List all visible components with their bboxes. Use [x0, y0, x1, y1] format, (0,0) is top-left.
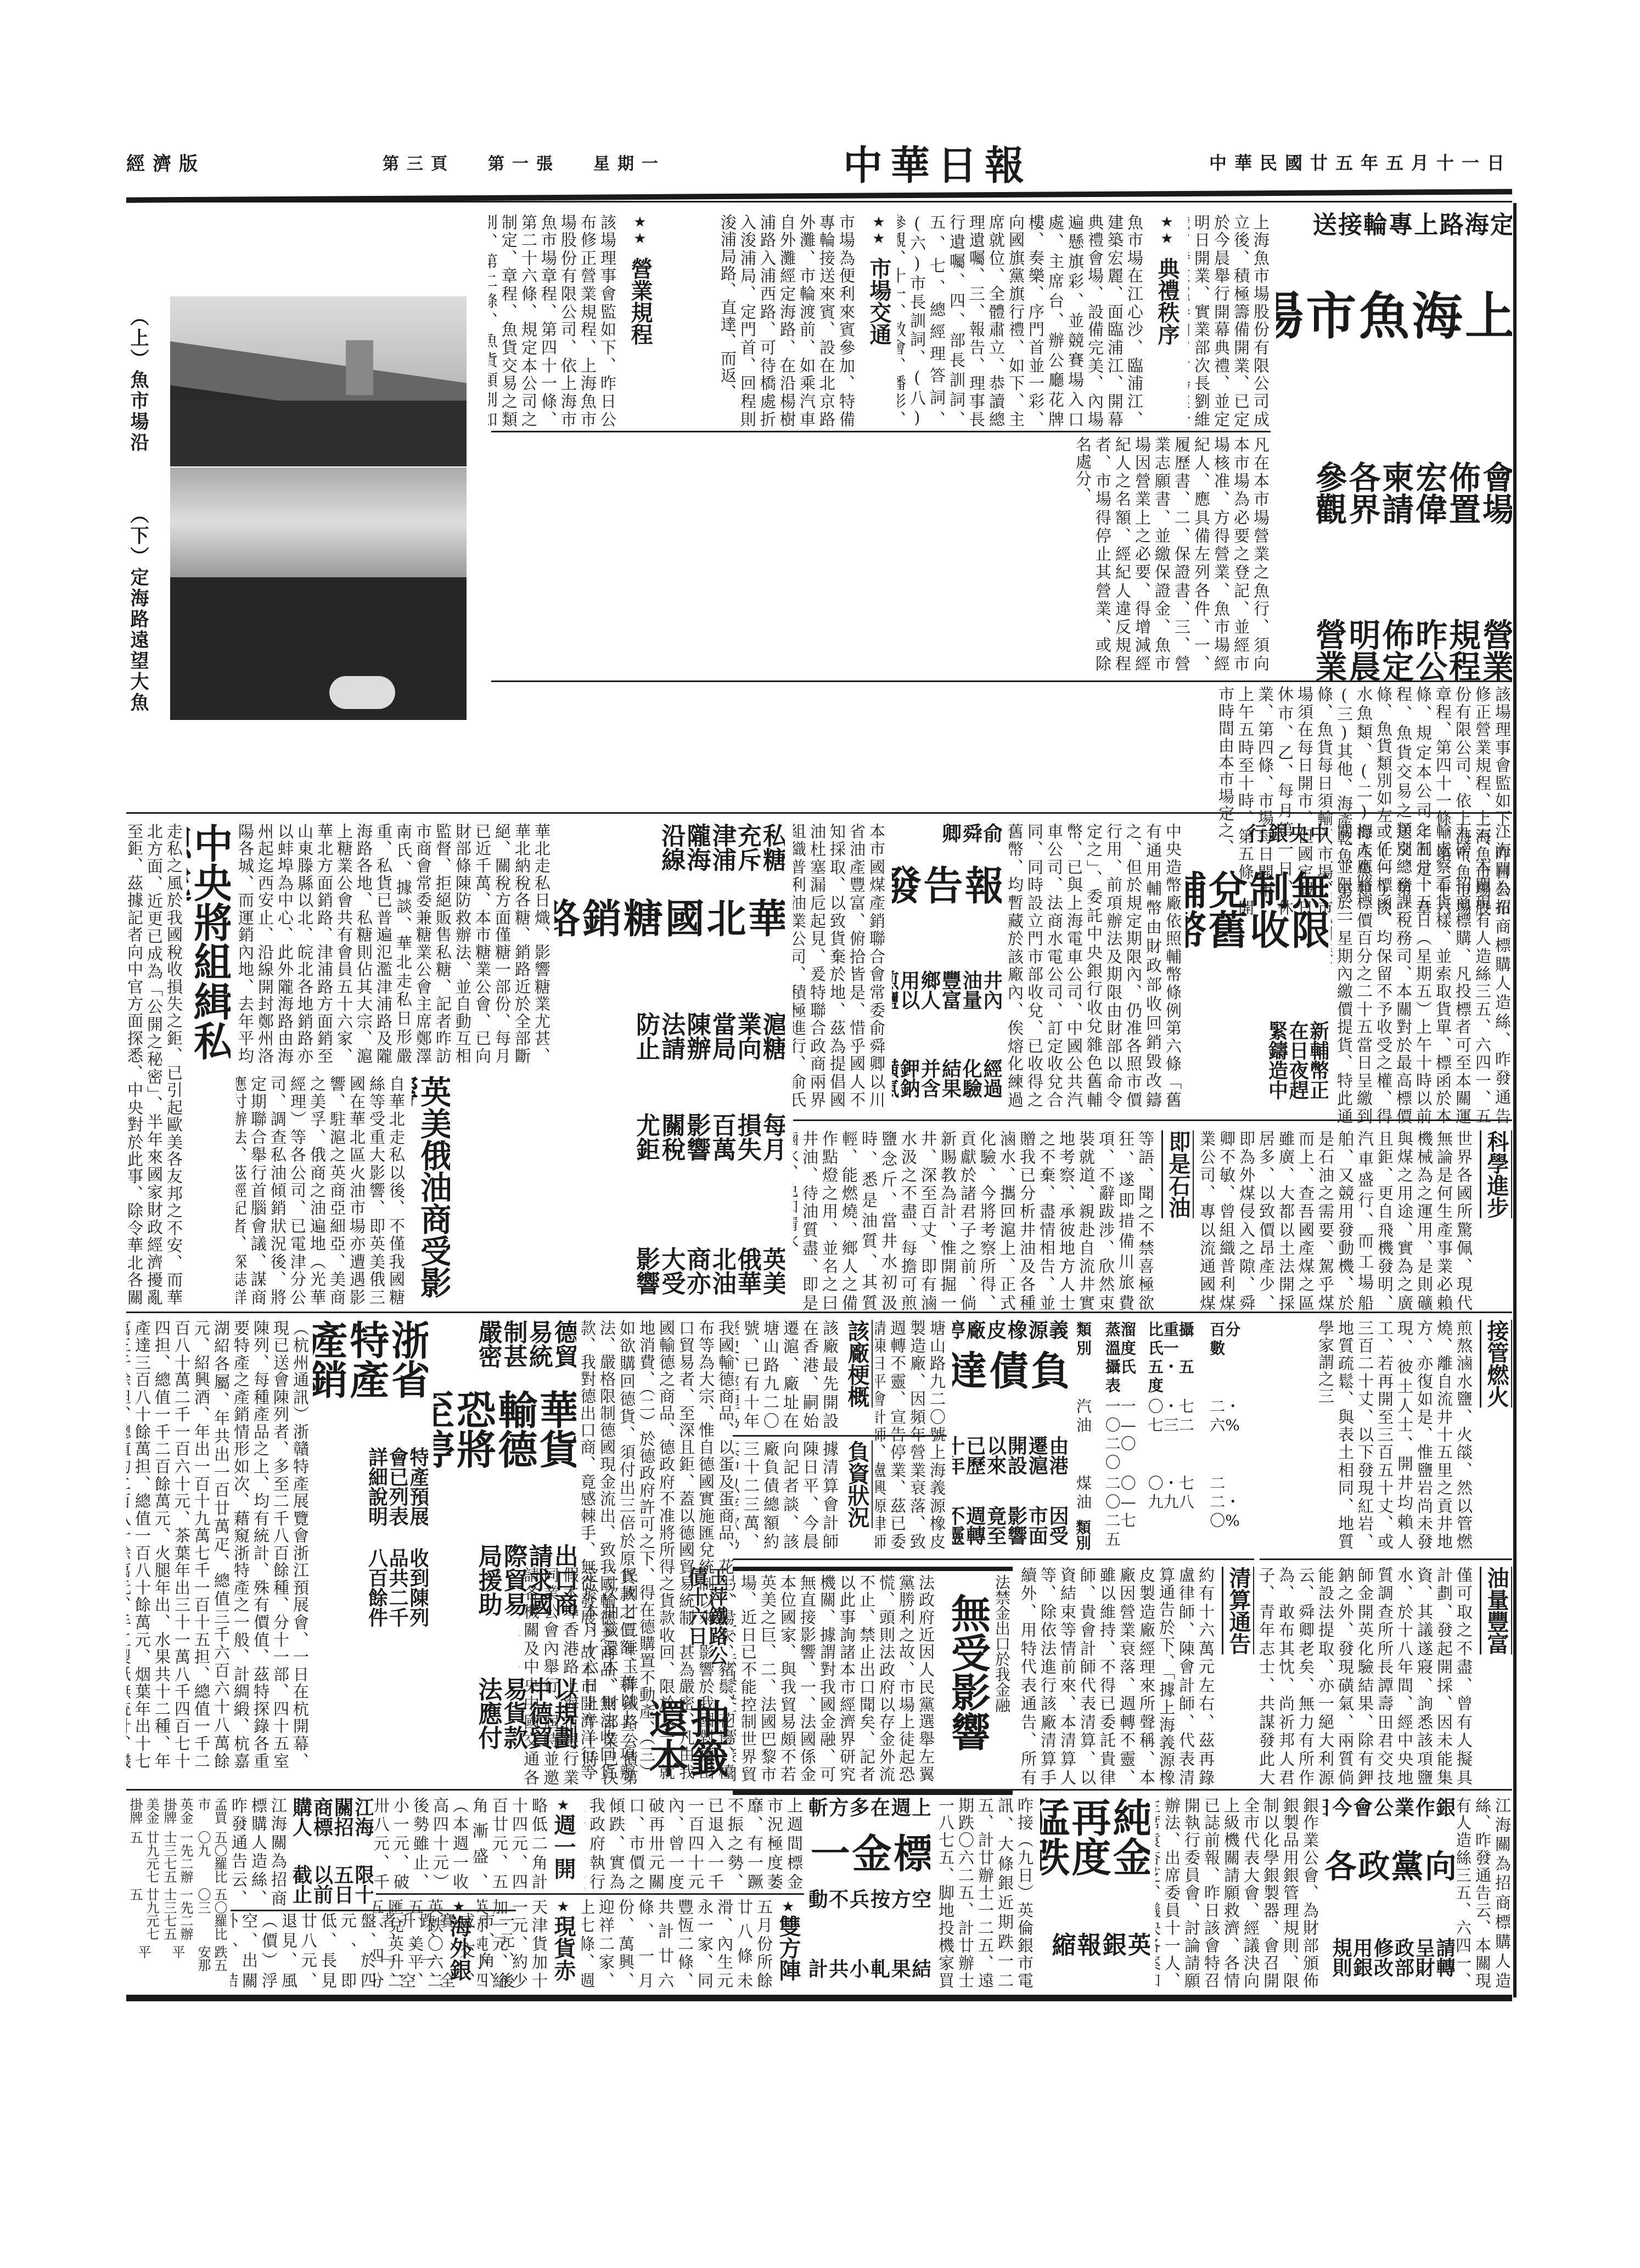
both-sides-text: 五月份所餘廿八條未滑、內生元永一家、同豐恆二條、共計廿六條、一月份、萬興、迎祥二… — [582, 1899, 774, 1989]
silk-tender-body: 江海關為招商標購人造絲、昨發通告云、本關現有人造絲三五、六四一、五九磅、招商標購… — [231, 1797, 288, 1907]
gold-policy-headline: 無受影響 — [939, 1593, 988, 1780]
week-open-subhead-wrap: ★週一開盤★ — [552, 1797, 579, 1890]
german-trade-kicker: 德貿易統制甚嚴密 — [434, 1320, 576, 1382]
table-header-row: 類別 蒸溜溫度攝氏表 比重攝氏一五・五度 百分數 — [1073, 1320, 1254, 1397]
rubber-status-subhead: 負資狀況 — [843, 1440, 873, 1528]
table-row: 煤油 二〇〇—二七五 〇・七九九八 二二・〇% — [1073, 1473, 1254, 1550]
gold-bar-headline: 標金一蹶不振 — [810, 1827, 930, 1872]
band-divider — [126, 812, 1512, 814]
table-row: 英金掛牌 一先二辦士三七五 一先二辦士三七五 平 — [160, 1797, 194, 1984]
german-trade-headline: 華貨輸德恐將至停頓 — [434, 1389, 576, 1503]
central-bank-headline: 無限制收兌舊輔幣 — [1186, 859, 1328, 987]
german-trade-deck-1: 出口商請求國際貿易局援助 — [434, 1511, 576, 1636]
gold-bar-deck-2: 結果軋小共計八元四角 — [810, 1926, 930, 1989]
traffic-subhead-wrap: ★★ 市場交通 — [862, 214, 895, 428]
central-bank-deck: 新輔幣正在日夜趕緊鑄造中 — [1186, 993, 1328, 1108]
table-row: 汽油 一一〇—二〇〇 〇・七七三二 二・六% — [1073, 1397, 1254, 1473]
fish-market-deck-1: 會場佈置宏偉柬請各界參觀 — [1276, 384, 1512, 534]
market-price-table: 種類 最高 最低 比前週六 大條近期 廿辦士三七五 廿辦士一二五 跌〇六二五 大… — [126, 1797, 228, 1989]
central-bank-article: 江海關為招商標購人造絲、昨發通告云、本關現有人造絲三五、六四一、五九磅、招商標購… — [1331, 823, 1512, 1125]
ceremony-subhead: 典禮秩序 — [1154, 257, 1180, 345]
star-icon: ★★ — [1159, 214, 1175, 247]
silver-guild-headline-block: 銀作業公會今日 向黨政各機關請願 請轉呈財政部修改用銀規則 — [1323, 1797, 1454, 1989]
silver-guild-kicker: 銀作業公會今日 — [1323, 1797, 1454, 1827]
photo-caption-top: （上）魚市場沿黃浦之棧房 — [130, 307, 151, 472]
oil-merchants-headline-wrap: 英美俄油商受影響 — [412, 1076, 450, 1306]
gold-bar-deck: 空方按兵不動更有加售 — [810, 1878, 930, 1920]
masthead: 經濟版 第三頁 第一張 星期一 中華日報 中華民國廿五年五月十一日 — [126, 132, 1512, 192]
divider — [491, 680, 1512, 682]
oil-subhead: 即是石油 — [1161, 1130, 1194, 1218]
science-subhead-wrap: 科學進步 — [1479, 1130, 1512, 1312]
issue-date: 中華民國廿五年五月十一日 — [1209, 149, 1512, 175]
zhejiang-headline-block: 浙省特產產銷情形 特產預展會已列表詳細說明 收到陳列品共二千八百餘件 — [313, 1320, 428, 1627]
rubber-kicker: 義源橡皮廠停業 — [952, 1320, 1068, 1346]
gold-market-headline: 純金再度猛跌 — [1040, 1797, 1150, 1894]
star-icon: ★★ — [632, 214, 648, 247]
anti-smuggling-body: 走私之風於我國稅收損失之鉅、已引起歐美各友邦之不安、而華北方面、近更已成為「公開… — [126, 823, 184, 1306]
market-price-grid: 種類 最高 最低 比前週六 大條近期 廿辦士三七五 廿辦士一二五 跌〇六二五 大… — [126, 1797, 228, 1984]
science-subhead: 科學進步 — [1480, 1130, 1512, 1218]
page-number: 第三頁 — [383, 150, 455, 174]
star-icon: ★★ — [870, 214, 887, 247]
science-text: 世界各國所驚佩、現代無論是何生產事業必賴機械為之運用、是則礦與煤之用途、實為之廣… — [1199, 1130, 1474, 1312]
sugar-deck-2: 每月損失百萬影響關稅尤鉅 — [554, 1080, 785, 1172]
zhejiang-headline: 浙省特產產銷情形 — [313, 1320, 428, 1425]
newspaper-page: 經濟版 第三頁 第一張 星期一 中華日報 中華民國廿五年五月十一日 定海路上專輪… — [126, 132, 1512, 2233]
oil-text: 等語、聞之不禁喜極欲狂、遂即措備川旅費項、不辭跋涉、欣然束裝就道、親赴自流井實地… — [793, 1130, 1155, 1312]
fish-market-kicker: 定海路上專輪接送 — [1276, 209, 1512, 249]
table-row: 美金掛牌 廿九元七五 廿九元七五 平 — [126, 1797, 160, 1984]
rich-subhead-wrap: 油量豐富 — [1479, 1567, 1512, 1693]
rubber-overview-text: 該廠最先開設在香港、嗣始遷滬、廠址在塘山路九二〇號、已有十年歷史、經理為何忠庶（… — [735, 1320, 840, 1430]
oil-well-headline-block: 俞舜卿 報告發現油井經過 井內油量豐富鄉人用以煎鹽 經過化驗結果并含鉀鈉磺氣 — [892, 823, 1002, 1108]
traffic-text: 市場為便利來賓參加、特備專輪接送來賓、設在北京路外灘、市輪渡前、如乘汽車自外灘經… — [659, 214, 856, 428]
notice-subhead: 清算通告 — [1222, 1567, 1254, 1654]
gold-policy-kicker: 法禁金出口於我金融 — [991, 1574, 1013, 1783]
rich-text: 僅可取之不盡、曾有人擬具計劃、發起開採、因未能集資、其議遂寢、詢悉該項鹽水、於十… — [1260, 1567, 1474, 1786]
central-bank-headline-block: 中央銀行 無限制收兌舊輔幣 新輔幣正在日夜趕緊鑄造中 — [1186, 823, 1328, 1108]
band-divider — [126, 1312, 1512, 1313]
oil-merchants-body: 自華北走私以後、不僅我國糖絲等受重大影響、即英美俄三國在華北區火油市場亦遭遇影響… — [236, 1076, 406, 1306]
gold-policy-body: 法政府近因人民黨選舉左翼黨勝利之故、市場上徒起恐慌、頭則法政府以存金外流不止、禁… — [735, 1574, 936, 1783]
silk-tender-headline-block: 江海關招商標購人造絲 限十五日以前截止 — [291, 1797, 373, 1907]
sugar-headline-block: 私糖充斥津浦隴海沿線 華北國糖銷路幾絕跡 滬糖業向當局陳辦法請防止 每月損失百萬… — [554, 823, 785, 1306]
gold-bar-kicker: 上週在多方斬結下 — [810, 1797, 930, 1822]
weekday: 星期一 — [593, 150, 666, 174]
gold-market-headline-block: 純金再度猛跌 英銀報縮 — [1040, 1797, 1150, 1989]
divider — [793, 1119, 1512, 1121]
ceremony-subhead-wrap: ★★ 典禮秩序 — [1150, 214, 1183, 428]
divider — [1260, 1558, 1512, 1560]
newspaper-title: 中華日報 — [843, 133, 1032, 190]
band-divider — [126, 1789, 1512, 1791]
ceremony-text: 魚市場在江心沙、臨浦江、建築宏麗、面臨浦江、開幕典禮會場、設備完美、內場遍懸旗彩… — [897, 214, 1144, 428]
sugar-headline: 華北國糖銷路幾絕跡 — [554, 881, 785, 970]
fire-subhead-wrap: 接管燃火 — [1479, 1320, 1512, 1550]
divider — [231, 1910, 516, 1911]
oil-well-headline: 報告發現油井經過 — [892, 848, 1002, 932]
silver-guild-deck: 請轉呈財政部修改用銀規則 — [1323, 1910, 1454, 1989]
traffic-subhead: 市場交通 — [866, 257, 891, 345]
silk-tender-tail: 江海關為招商標購人造絲、昨發通告云、本關現有人造絲三五、六四一、五九磅、招商標購… — [1457, 1797, 1512, 1989]
rich-subhead: 油量豐富 — [1480, 1567, 1512, 1654]
masthead-rule-thin — [126, 201, 1512, 202]
rubber-overview-subhead: 該廠梗概 — [843, 1320, 873, 1408]
spot-gold-subhead-wrap: ★現貨赤金★ — [552, 1899, 579, 1989]
sugar-deck-1: 滬糖業向當局陳辦法請防止 — [554, 979, 785, 1071]
anti-smuggling-headline-wrap: 中央將組緝私總處 — [187, 823, 231, 1098]
fish-market-headline-block: 定海路上專輪接送 上海魚市場今晨開幕 會場佈置宏偉柬請各界參觀 營業規程昨公佈定… — [1276, 209, 1512, 691]
oil-analysis-grid: 類別 蒸溜溫度攝氏表 比重攝氏一五・五度 百分數 汽油 一一〇—二〇〇 〇・七七… — [1073, 1320, 1254, 1550]
both-sides-subhead-wrap: ★雙方陣容★ — [777, 1899, 804, 1989]
rules-subhead: 營業規程 — [627, 257, 653, 345]
oil-well-deck-2: 經過化驗結果并含鉀鈉磺氣 — [892, 1026, 1002, 1108]
fish-market-body-row-2: 凡在本市場營業之魚行、須向本市場為必要之登記、並經市場核准、方得營業、魚市場經紀… — [488, 436, 1271, 672]
fire-subhead: 接管燃火 — [1480, 1320, 1512, 1408]
gold-market-body: 昨接（九日）英倫銀市電訊、大條銀近期跌一二五、計廿辦士一二五、遠期跌〇六二五、計… — [936, 1797, 1035, 1989]
german-trade-headline-block: 德貿易統制甚嚴密 華貨輸德恐將至停頓 出口商請求國際貿易局援助 以規劃中德貿易貨… — [434, 1320, 576, 1770]
oil-well-body: 本市國煤產銷聯合會常委俞舜卿以川省油產豐富、俯拾皆是、惜乎國人不知採取、以致貨棄… — [793, 823, 886, 1108]
gold-market-deck: 英銀報縮 — [1040, 1899, 1150, 1989]
silver-guild-headline: 向黨政各機關請願 — [1323, 1833, 1454, 1905]
central-bank-body: 中央造幣廠依照輔幣條例第六條「舊有通用輔幣由財政部收回銷毀改鑄之、但於規定期限內… — [1007, 823, 1183, 1108]
divider — [491, 431, 1271, 432]
oil-analysis-table: 類別 類別 蒸溜溫度攝氏表 比重攝氏一五・五度 百分數 汽油 一一〇—二〇〇 〇… — [1073, 1320, 1254, 1550]
fish-market-deck-2: 營業規程昨公佈定明晨營業 — [1276, 542, 1512, 691]
fish-market-lead: 上海魚市場股份有限公司成立後、積極籌備開業、已定於今晨舉行開幕典禮、並定明日開業… — [1188, 214, 1271, 428]
notice-subhead-wrap: 清算通告 — [1221, 1567, 1254, 1786]
zhejiang-deck-2: 收到陳列品共二千八百餘件 — [313, 1532, 428, 1627]
divider — [376, 1893, 804, 1895]
sugar-body: 華北走私日熾、影響糖業尤甚、華北納稅各糖、銷路近於全部斷絕、關稅方面僅糖一部份、… — [236, 823, 552, 1065]
sugar-kicker: 私糖充斥津浦隴海沿線 — [554, 823, 785, 873]
zhejiang-deck-1: 特產預展會已列表詳細說明 — [313, 1431, 428, 1526]
rubber-deck-2: 因受市面影響竟至週轉不靈 — [952, 1484, 1068, 1550]
oil-subhead-wrap: 即是石油 — [1161, 1130, 1194, 1312]
rules-text: 該場理事會監如下、昨日公布修正營業規程、上海魚市場股份有限公司、依上海市魚市場章… — [488, 214, 617, 428]
zhejiang-body: （杭州通訊）浙贛特產展覽會浙江預展會、一日在杭開幕、現已送會陳列者、多至二千八百… — [126, 1320, 310, 1770]
silk-tender-deck: 限十五日以前截止 — [291, 1854, 373, 1907]
rubber-deck-1: 由港遷滬開設以來已歷十年 — [952, 1414, 1068, 1480]
gold-bar-body: 上週間標金市況極度萎靡、有一蹶不振之勢、已退入一千一百四十元內、曾一度破再卅元關… — [585, 1797, 804, 1890]
photo-caption-bottom: （下）定海路遠望大魚場全景 — [130, 505, 151, 713]
rubber-status-text: 據清算會計師陳日平、今晨向記者談、該廠負債總額約三十二三萬、其中以存款為最多、其… — [735, 1440, 840, 1550]
fish-market-photo-top — [170, 296, 467, 466]
fish-market-photo-bottom — [170, 468, 467, 720]
rules-subhead-wrap: ★★ 營業規程 — [623, 214, 656, 428]
star-icon: ★ — [780, 1899, 796, 1915]
central-bank-kicker: 中央銀行 — [1186, 823, 1328, 852]
week-summary-text: 一元、後市、角、成交、賽、全跌、一、升、空者、一、盤、於四元、即低、長見廿八元、… — [231, 1912, 516, 1989]
week-open-text: 略低二角計十四元、四百廿元、五角漸盛、（本週一收高四十元）後勢雖止、小一元、破卅… — [373, 1797, 549, 1890]
star-icon: ★ — [555, 1797, 571, 1814]
page-frame-right — [1513, 203, 1517, 1997]
anti-smuggling-headline: 中央將組緝私總處 — [187, 823, 231, 1060]
oil-merchants-headline: 英美俄油商受影響 — [412, 1076, 450, 1298]
rubber-overview-subhead-wrap: 該廠梗概 — [843, 1320, 873, 1430]
oil-well-deck-1: 井內油量豐富鄉人用以煎鹽 — [892, 937, 1002, 1020]
fire-text: 煎熬滷水鹽、火燄、然以管燃燒、離自流井十五里之貢井地方、亦復如是、惟鹽岩尚未發現… — [1282, 1320, 1474, 1550]
gold-policy-box: 法禁金出口於我金融 無受影響 法政府近因人民黨選舉左翼黨勝利之故、市場上徒起恐慌… — [733, 1567, 1013, 1795]
table-row: 孟買市 五〇羅比〇九 五〇羅比〇三 跌五安那 — [194, 1797, 228, 1984]
notice-text: 約有十六萬元左右、茲再錄盧律師、陳會計師、代表清算通告於下、「據上海義源橡皮製造… — [1018, 1567, 1216, 1786]
rubber-status-subhead-wrap: 負資狀況 — [843, 1440, 873, 1550]
silk-tender-headline: 江海關招商標購人造絲 — [291, 1797, 373, 1850]
page-bottom-rule — [126, 1995, 1512, 2001]
central-bank-prev-text: 江海關為招商標購人造絲、昨發通告云、本關現有人造絲三五、六四一、五九磅、招商標購… — [1413, 823, 1512, 1125]
german-trade-deck-2: 以規劃中德貿易貨款法應付 — [434, 1644, 576, 1770]
divider — [733, 1558, 1254, 1560]
silver-guild-body: 銀作業公會、為財部頒佈銀製品用銀管理規則、限制以化學銀製器、會召開全市代表大會、… — [1155, 1797, 1320, 1989]
gold-bar-headline-block: 上週在多方斬結下 標金一蹶不振 空方按兵不動更有加售 結果軋小共計八元四角 — [810, 1797, 930, 1989]
sheet-number: 第一張 — [488, 150, 560, 174]
rubber-headline: 負債達三十餘萬元 — [952, 1350, 1068, 1409]
edition-label: 經濟版 — [126, 149, 205, 176]
sugar-deck-3: 英美俄華北油商亦大受影響 — [554, 1181, 785, 1306]
oil-well-kicker: 俞舜卿 — [892, 823, 1002, 843]
divider — [733, 1435, 947, 1437]
rubber-headline-block: 義源橡皮廠停業 負債達三十餘萬元 由港遷滬開設以來已歷十年 因受市面影響竟至週轉… — [952, 1320, 1068, 1550]
german-trade-body: 我國輸德商品、以蛋及蛋商品、花生、腸衣、豬鬃、花邊、檯布等為大宗、惟自德國實施匯… — [582, 1320, 735, 1781]
fish-market-headline: 上海魚市場今晨開幕 — [1276, 256, 1512, 376]
star-icon: ★ — [555, 1899, 571, 1915]
